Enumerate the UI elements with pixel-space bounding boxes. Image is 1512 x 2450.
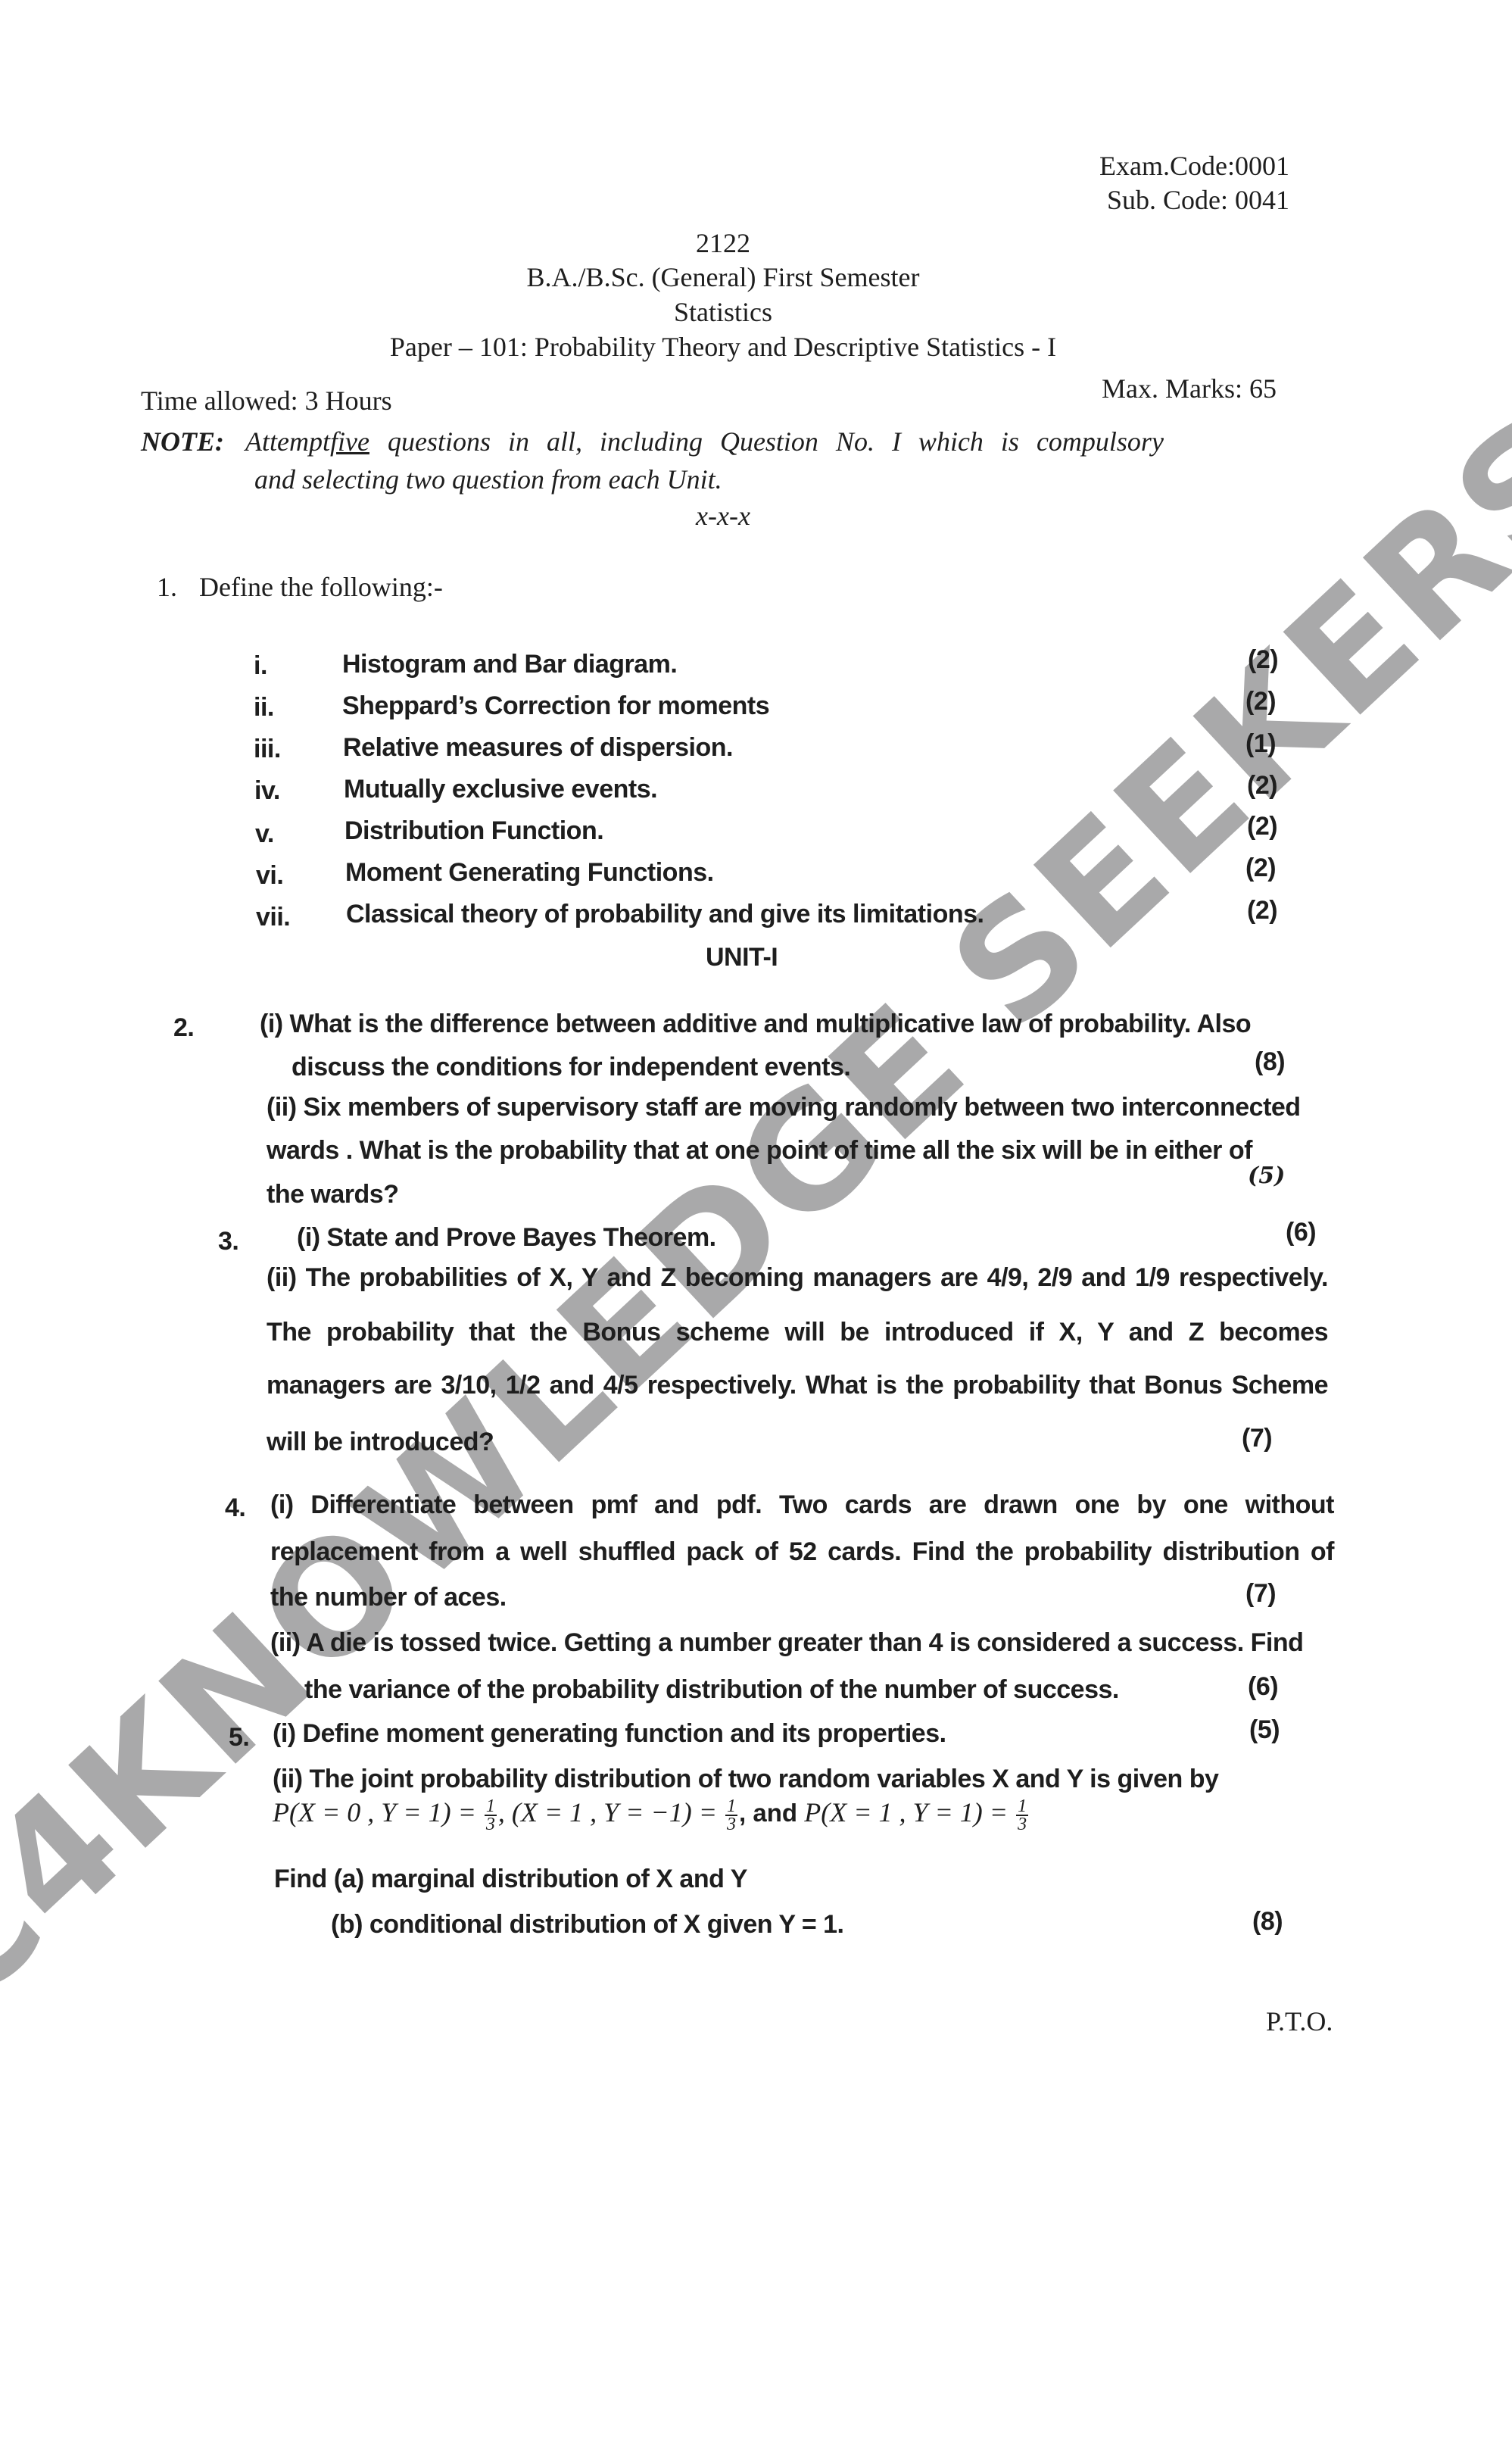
- q1-number: 1.: [157, 571, 177, 603]
- q1-item-num: vi.: [256, 861, 283, 891]
- time-allowed: Time allowed: 3 Hours: [141, 385, 392, 417]
- q1-item-marks: (2): [1245, 687, 1276, 716]
- q5-part2-marks: (8): [1252, 1907, 1283, 1937]
- q1-item-text: Moment Generating Functions.: [345, 858, 714, 888]
- q4-part1-line2: replacement from a well shuffled pack of…: [270, 1537, 1334, 1567]
- q1-item-text: Sheppard’s Correction for moments: [342, 691, 769, 721]
- q3-part2-line2: The probability that the Bonus scheme wi…: [267, 1318, 1328, 1347]
- subject-title: Statistics: [0, 296, 1446, 328]
- q2-part1-line1: (i) What is the difference between addit…: [260, 1010, 1251, 1039]
- q4-number: 4.: [225, 1493, 245, 1523]
- q4-part1-marks: (7): [1245, 1579, 1276, 1609]
- q5-find-a: Find (a) marginal distribution of X and …: [274, 1865, 747, 1894]
- q1-item-text: Relative measures of dispersion.: [343, 733, 733, 763]
- note-post: questions in all, including Question No.…: [388, 426, 1314, 457]
- q1-item-num: iii.: [254, 735, 281, 764]
- q1-item-num: i.: [254, 651, 267, 681]
- note-pre: Attempt: [245, 426, 330, 457]
- q5-find-b: (b) conditional distribution of X given …: [331, 1910, 844, 1940]
- q4-part2-marks: (6): [1248, 1672, 1278, 1702]
- math-and: , and: [739, 1799, 804, 1827]
- q1-item-marks: (2): [1245, 854, 1276, 883]
- q4-part2-line1: (ii) A die is tossed twice. Getting a nu…: [270, 1628, 1303, 1658]
- note-emph: five: [330, 426, 369, 457]
- q2-part1-line2: discuss the conditions for independent e…: [291, 1053, 850, 1082]
- q2-part2-line1: (ii) Six members of supervisory staff ar…: [267, 1093, 1301, 1122]
- q2-part1-marks: (8): [1255, 1047, 1285, 1077]
- q1-item-text: Classical theory of probability and give…: [346, 900, 984, 929]
- math-p1: P(X = 0 , Y = 1) =: [273, 1797, 483, 1827]
- fraction-one-third: 13: [485, 1798, 497, 1833]
- exam-code: Exam.Code:0001: [1099, 150, 1289, 182]
- q1-item-text: Histogram and Bar diagram.: [342, 650, 677, 679]
- q1-item-marks: (2): [1247, 812, 1277, 841]
- math-p3: P(X = 1 , Y = 1) =: [804, 1797, 1015, 1827]
- note-label: NOTE:: [141, 426, 224, 457]
- q4-part2-line2: the variance of the probability distribu…: [304, 1675, 1119, 1705]
- unit-heading: UNIT-I: [706, 943, 778, 972]
- course-title: B.A./B.Sc. (General) First Semester: [0, 261, 1446, 293]
- q5-joint-distribution: P(X = 0 , Y = 1) = 13, (X = 1 , Y = −1) …: [273, 1796, 1030, 1833]
- q5-part1: (i) Define moment generating function an…: [273, 1719, 946, 1749]
- q5-part1-marks: (5): [1249, 1715, 1280, 1745]
- q2-number: 2.: [173, 1013, 194, 1043]
- year-code: 2122: [0, 227, 1446, 259]
- q5-part2-line1: (ii) The joint probability distribution …: [273, 1765, 1218, 1794]
- q1-item-marks: (1): [1245, 729, 1276, 759]
- separator: x-x-x: [0, 500, 1446, 532]
- fraction-one-third: 13: [1016, 1798, 1028, 1833]
- q3-part2-line3: managers are 3/10, 1/2 and 4/5 respectiv…: [267, 1371, 1328, 1400]
- max-marks: Max. Marks: 65: [1102, 373, 1277, 404]
- q5-number: 5.: [229, 1723, 249, 1752]
- q4-part1-line3: the number of aces.: [270, 1583, 507, 1612]
- q1-item-text: Mutually exclusive events.: [344, 775, 657, 804]
- q1-item-num: vii.: [256, 903, 290, 932]
- q1-item-marks: (2): [1247, 771, 1277, 801]
- q3-part2-marks: (7): [1242, 1424, 1272, 1453]
- q1-item-marks: (2): [1248, 645, 1278, 675]
- note-line-1: NOTE: Attempt five questions in all, inc…: [141, 426, 1314, 457]
- math-p2: , (X = 1 , Y = −1) =: [498, 1797, 724, 1827]
- q1-item-marks: (2): [1247, 896, 1277, 925]
- paper-title: Paper – 101: Probability Theory and Desc…: [0, 331, 1446, 363]
- q3-part1-marks: (6): [1286, 1218, 1316, 1247]
- q4-part1-line1: (i) Differentiate between pmf and pdf. T…: [270, 1490, 1334, 1520]
- q3-part1: (i) State and Prove Bayes Theorem.: [297, 1223, 716, 1253]
- q2-part2-marks: (5): [1248, 1163, 1285, 1189]
- q1-item-num: iv.: [254, 776, 280, 806]
- q3-part2-line1: (ii) The probabilities of X, Y and Z bec…: [267, 1263, 1328, 1293]
- q3-number: 3.: [218, 1227, 238, 1256]
- q2-part2-line2: wards . What is the probability that at …: [267, 1136, 1252, 1166]
- q1-item-text: Distribution Function.: [344, 816, 603, 846]
- sub-code: Sub. Code: 0041: [1107, 184, 1289, 216]
- q1-item-num: v.: [255, 819, 274, 849]
- pto-label: P.T.O.: [1266, 2005, 1333, 2037]
- q1-item-num: ii.: [254, 693, 274, 723]
- fraction-one-third: 13: [725, 1798, 737, 1833]
- q2-part2-line3: the wards?: [267, 1180, 398, 1209]
- q3-part2-line4: will be introduced?: [267, 1428, 494, 1457]
- exam-paper: Exam.Code:0001 Sub. Code: 0041 2122 B.A.…: [0, 0, 1512, 2450]
- note-line-2: and selecting two question from each Uni…: [254, 463, 722, 495]
- q1-title: Define the following:-: [199, 571, 443, 603]
